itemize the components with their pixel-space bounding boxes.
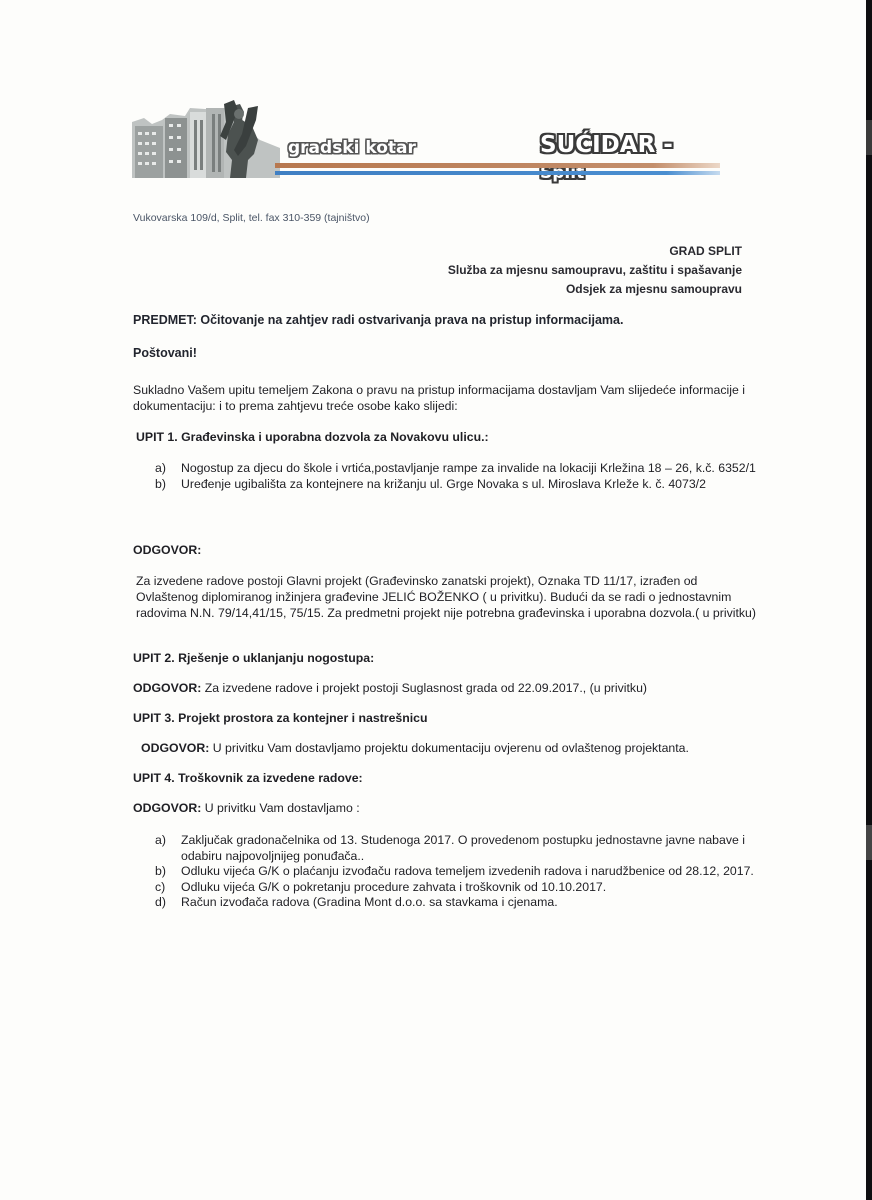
query-1-items: a)Nogostup za djecu do škole i vrtića,po… bbox=[155, 461, 765, 492]
brown-stripe bbox=[275, 163, 720, 168]
answer-2: ODGOVOR: Za izvedene radove i projekt po… bbox=[133, 681, 647, 695]
intro-paragraph: Sukladno Vašem upitu temeljem Zakona o p… bbox=[133, 382, 758, 414]
recipient-line-3: Odsjek za mjesnu samoupravu bbox=[448, 280, 742, 299]
sender-address: Vukovarska 109/d, Split, tel. fax 310-35… bbox=[133, 212, 370, 224]
query-1-title: UPIT 1. Građevinska i uporabna dozvola z… bbox=[136, 430, 489, 444]
list-marker: d) bbox=[155, 895, 166, 911]
list-marker: a) bbox=[155, 833, 166, 849]
list-item: b)Uređenje ugibališta za kontejnere na k… bbox=[155, 477, 765, 493]
salutation: Poštovani! bbox=[133, 346, 197, 360]
district-name: SUĆIDAR - Split bbox=[540, 132, 720, 184]
list-item-text: Nogostup za djecu do škole i vrtića,post… bbox=[181, 461, 756, 475]
recipient-line-2: Služba za mjesnu samoupravu, zaštitu i s… bbox=[448, 261, 742, 280]
list-item: b)Odluku vijeća G/K o plaćanju izvođaču … bbox=[155, 864, 765, 880]
query-3-title: UPIT 3. Projekt prostora za kontejner i … bbox=[133, 711, 428, 725]
answer-4-label: ODGOVOR: bbox=[133, 801, 201, 815]
subject-line: PREDMET: Očitovanje na zahtjev radi ostv… bbox=[133, 313, 623, 327]
answer-3: ODGOVOR: U privitku Vam dostavljamo proj… bbox=[141, 741, 689, 755]
list-item-text: Uređenje ugibališta za kontejnere na kri… bbox=[181, 477, 706, 491]
recipient-line-1: GRAD SPLIT bbox=[448, 242, 742, 261]
answer-3-text: U privitku Vam dostavljamo projektu doku… bbox=[213, 741, 689, 755]
query-4-items: a)Zaključak gradonačelnika od 13. Studen… bbox=[155, 833, 765, 911]
answer-4-text: U privitku Vam dostavljamo : bbox=[205, 801, 360, 815]
answer-3-label: ODGOVOR: bbox=[141, 741, 209, 755]
list-item: a)Nogostup za djecu do škole i vrtića,po… bbox=[155, 461, 765, 477]
list-item: c)Odluku vijeća G/K o pokretanju procedu… bbox=[155, 880, 765, 896]
list-item: d)Račun izvođača radova (Gradina Mont d.… bbox=[155, 895, 765, 911]
query-2-title: UPIT 2. Rješenje o uklanjanju nogostupa: bbox=[133, 651, 374, 665]
query-4-title: UPIT 4. Troškovnik za izvedene radove: bbox=[133, 771, 363, 785]
list-marker: a) bbox=[155, 461, 166, 477]
list-item-text: Račun izvođača radova (Gradina Mont d.o.… bbox=[181, 895, 558, 909]
logo-photo-buildings-statue bbox=[130, 100, 280, 178]
list-item-text: Odluku vijeća G/K o pokretanju procedure… bbox=[181, 880, 606, 894]
letterhead: gradski kotar SUĆIDAR - Split bbox=[130, 100, 720, 182]
list-item-text: Zaključak gradonačelnika od 13. Studenog… bbox=[181, 833, 745, 863]
answer-2-label: ODGOVOR: bbox=[133, 681, 201, 695]
blue-stripe bbox=[275, 171, 720, 175]
list-marker: b) bbox=[155, 477, 166, 493]
list-marker: b) bbox=[155, 864, 166, 880]
list-item-text: Odluku vijeća G/K o plaćanju izvođaču ra… bbox=[181, 864, 754, 878]
district-name-text: SUĆIDAR bbox=[540, 132, 655, 158]
answer-4: ODGOVOR: U privitku Vam dostavljamo : bbox=[133, 801, 360, 815]
district-separator: - bbox=[655, 132, 673, 158]
answer-1-text: Za izvedene radove postoji Glavni projek… bbox=[136, 573, 756, 621]
recipient-block: GRAD SPLIT Služba za mjesnu samoupravu, … bbox=[448, 242, 742, 299]
list-item: a)Zaključak gradonačelnika od 13. Studen… bbox=[155, 833, 765, 864]
answer-1-label: ODGOVOR: bbox=[133, 543, 201, 557]
scan-border bbox=[866, 0, 872, 1200]
list-marker: c) bbox=[155, 880, 165, 896]
answer-2-text: Za izvedene radove i projekt postoji Sug… bbox=[205, 681, 647, 695]
district-label: gradski kotar bbox=[288, 138, 416, 158]
